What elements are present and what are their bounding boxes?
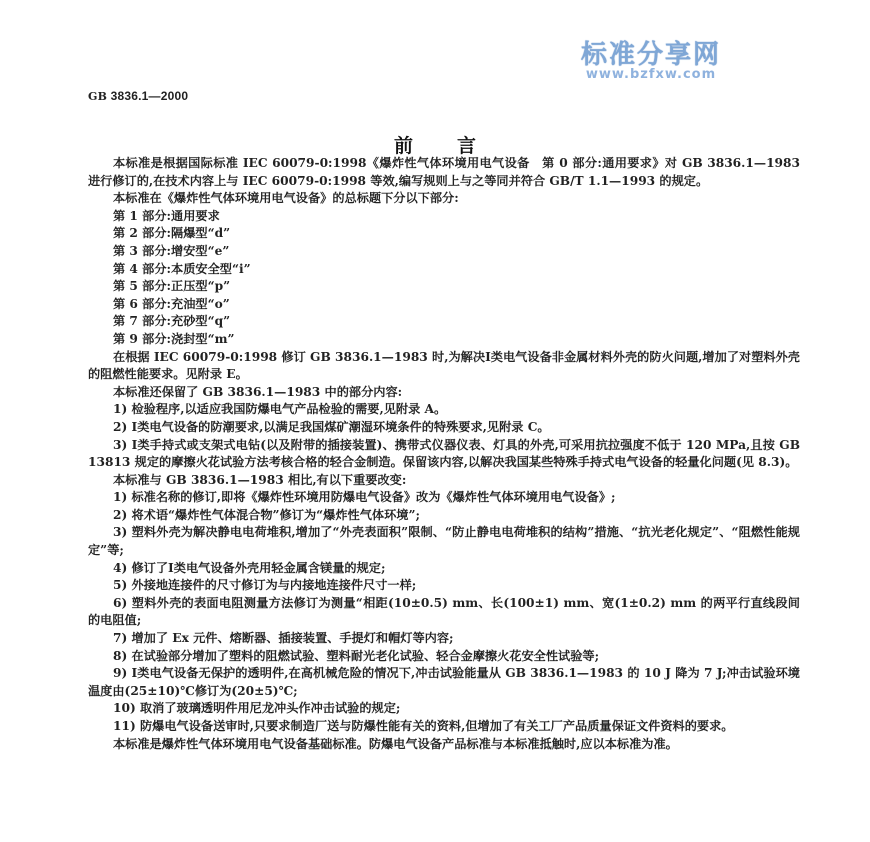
changes-list-item: 4) 修订了Ⅰ类电气设备外壳用轻金属含镁量的规定; bbox=[88, 560, 800, 578]
paragraph-closing: 本标准是爆炸性气体环境用电气设备基础标准。防爆电气设备产品标准与本标准抵触时,应… bbox=[88, 736, 800, 754]
parts-list-item: 第 9 部分:浇封型“m” bbox=[88, 331, 800, 349]
parts-list: 第 1 部分:通用要求 第 2 部分:隔爆型“d” 第 3 部分:增安型“e” … bbox=[88, 208, 800, 349]
standard-code: GB 3836.1—2000 bbox=[88, 89, 188, 103]
changes-list-item: 8) 在试验部分增加了塑料的阻燃试验、塑料耐光老化试验、轻合金摩擦火花安全性试验… bbox=[88, 648, 800, 666]
parts-list-item: 第 7 部分:充砂型“q” bbox=[88, 313, 800, 331]
changes-list-item: 10) 取消了玻璃透明件用尼龙冲头作冲击试验的规定; bbox=[88, 700, 800, 718]
paragraph-parts-intro: 本标准在《爆炸性气体环境用电气设备》的总标题下分以下部分: bbox=[88, 190, 800, 208]
paragraph-retained-intro: 本标准还保留了 GB 3836.1—1983 中的部分内容: bbox=[88, 384, 800, 402]
changes-list-item: 9) Ⅰ类电气设备无保护的透明件,在高机械危险的情况下,冲击试验能量从 GB 3… bbox=[88, 665, 800, 700]
title-char-1: 前 bbox=[394, 131, 413, 158]
retained-list-item: 1) 检验程序,以适应我国防爆电气产品检验的需要,见附录 A。 bbox=[88, 401, 800, 419]
parts-list-item: 第 3 部分:增安型“e” bbox=[88, 243, 800, 261]
changes-list: 1) 标准名称的修订,即将《爆炸性环境用防爆电气设备》改为《爆炸性气体环境用电气… bbox=[88, 489, 800, 735]
changes-list-item: 6) 塑料外壳的表面电阻测量方法修订为测量“相距(10±0.5) mm、长(10… bbox=[88, 595, 800, 630]
watermark-url: www.bzfxw.com bbox=[561, 68, 741, 82]
standard-prefix: GB bbox=[88, 90, 107, 103]
parts-list-item: 第 5 部分:正压型“p” bbox=[88, 278, 800, 296]
retained-list: 1) 检验程序,以适应我国防爆电气产品检验的需要,见附录 A。 2) Ⅰ类电气设… bbox=[88, 401, 800, 471]
changes-list-item: 2) 将术语“爆炸性气体混合物”修订为“爆炸性气体环境”; bbox=[88, 507, 800, 525]
changes-list-item: 11) 防爆电气设备送审时,只要求制造厂送与防爆性能有关的资料,但增加了有关工厂… bbox=[88, 718, 800, 736]
title-char-2: 言 bbox=[457, 131, 476, 158]
parts-list-item: 第 6 部分:充油型“o” bbox=[88, 296, 800, 314]
changes-list-item: 3) 塑料外壳为解决静电电荷堆积,增加了“外壳表面积”限制、“防止静电电荷堆积的… bbox=[88, 524, 800, 559]
paragraph-basis: 本标准是根据国际标准 IEC 60079-0:1998《爆炸性气体环境用电气设备… bbox=[88, 155, 800, 190]
paragraph-revision-note: 在根据 IEC 60079-0:1998 修订 GB 3836.1—1983 时… bbox=[88, 349, 800, 384]
changes-list-item: 7) 增加了 Ex 元件、熔断器、插接装置、手提灯和帽灯等内容; bbox=[88, 630, 800, 648]
page-title: 前言 bbox=[0, 131, 870, 158]
retained-list-item: 2) Ⅰ类电气设备的防潮要求,以满足我国煤矿潮湿环境条件的特殊要求,见附录 C。 bbox=[88, 419, 800, 437]
changes-list-item: 5) 外接地连接件的尺寸修订为与内接地连接件尺寸一样; bbox=[88, 577, 800, 595]
watermark-site-name: 标准分享网 bbox=[561, 40, 741, 70]
parts-list-item: 第 1 部分:通用要求 bbox=[88, 208, 800, 226]
standard-number: 3836.1—2000 bbox=[111, 89, 189, 103]
watermark: 标准分享网 www.bzfxw.com bbox=[561, 40, 741, 82]
changes-list-item: 1) 标准名称的修订,即将《爆炸性环境用防爆电气设备》改为《爆炸性气体环境用电气… bbox=[88, 489, 800, 507]
foreword-body: 本标准是根据国际标准 IEC 60079-0:1998《爆炸性气体环境用电气设备… bbox=[88, 155, 800, 753]
retained-list-item: 3) Ⅰ类手持式或支架式电钻(以及附带的插接装置)、携带式仪器仪表、灯具的外壳,… bbox=[88, 437, 800, 472]
parts-list-item: 第 2 部分:隔爆型“d” bbox=[88, 225, 800, 243]
parts-list-item: 第 4 部分:本质安全型“i” bbox=[88, 261, 800, 279]
paragraph-changes-intro: 本标准与 GB 3836.1—1983 相比,有以下重要改变: bbox=[88, 472, 800, 490]
